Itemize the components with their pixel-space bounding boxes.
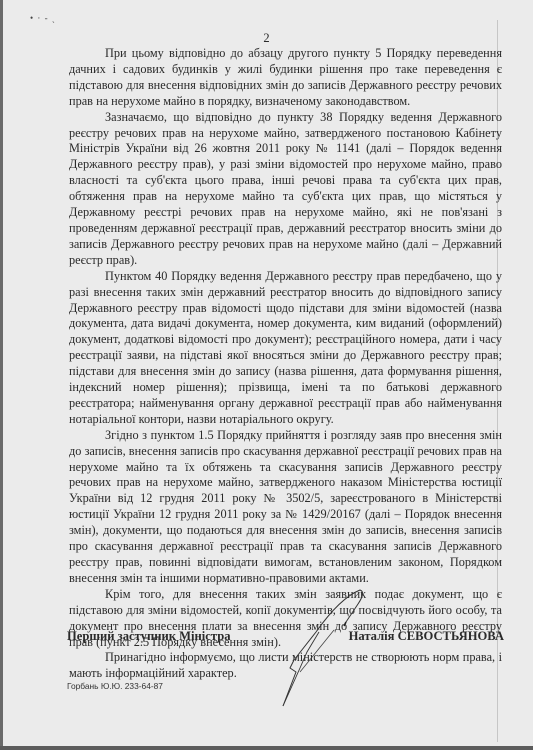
scan-specks: • · - ˎ [30,13,56,23]
signatory-name: Наталія СЕВОСТЬЯНОВА [349,629,504,644]
paragraph-6: Принагідно інформуємо, що листи міністер… [69,650,502,682]
letter-body: При цьому відповідно до абзацу другого п… [69,46,502,682]
scan-left-edge [0,0,3,750]
paragraph-1: При цьому відповідно до абзацу другого п… [69,46,502,110]
signatory-title: Перший заступник Міністра [67,629,231,644]
paragraph-3: Пунктом 40 Порядку ведення Державного ре… [69,269,502,428]
page-number: 2 [0,31,533,46]
paragraph-2: Зазначаємо, що відповідно до пункту 38 П… [69,110,502,269]
executor-contact: Горбань Ю.Ю. 233-64-87 [67,681,163,691]
scan-bottom-edge [0,746,533,750]
paragraph-4: Згідно з пунктом 1.5 Порядку прийняття і… [69,428,502,587]
